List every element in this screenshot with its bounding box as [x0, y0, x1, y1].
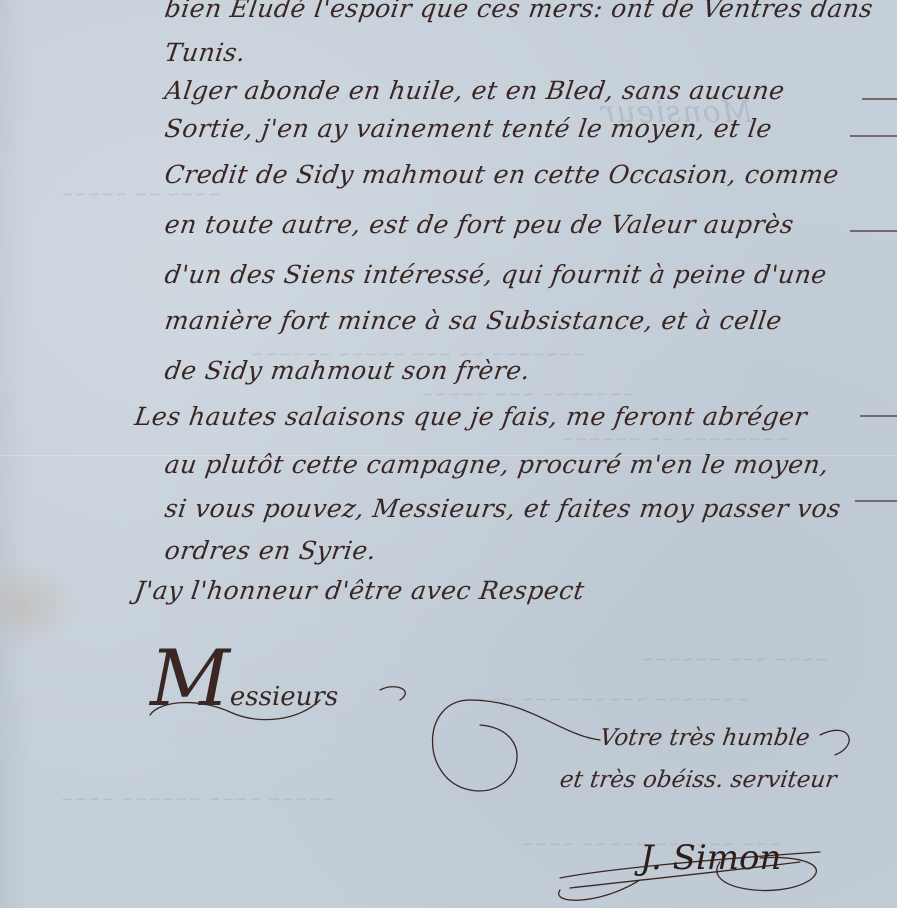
- closing-line-2: et très obéiss. serviteur: [558, 767, 838, 793]
- closing-line-1: Votre très humble: [598, 725, 811, 751]
- signature: J. Simon: [640, 838, 781, 878]
